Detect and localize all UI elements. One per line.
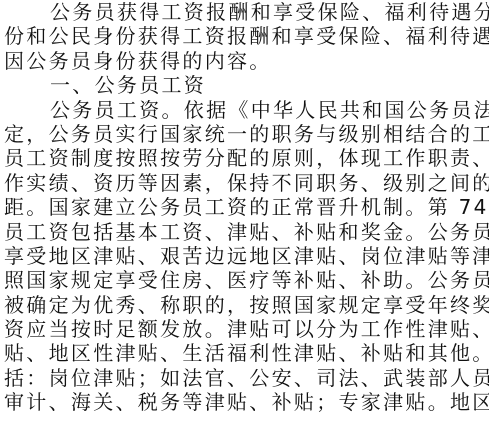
text-line: 距。国家建立公务员工资的正常晋升机制。第 74条规定，公务	[4, 195, 488, 219]
text-line: 被确定为优秀、称职的，按照国家规定享受年终奖金。公务员工	[4, 293, 488, 317]
text-line: 括：岗位津贴；如法官、公安、司法、武装部人员津贴；监察、	[4, 366, 488, 390]
text-line: 贴、地区性津贴、生活福利性津贴、补贴和其他。工作性津贴包	[4, 341, 488, 365]
text-line: 份和公民身份获得工资报酬和享受保险、福利待遇。这里只介绍	[4, 24, 488, 48]
text-line: 资应当按时足额发放。津贴可以分为工作性津贴、卫生保健性津	[4, 317, 488, 341]
text-line: 照国家规定享受住房、医疗等补贴、补助。公务员在定期考核中	[4, 268, 488, 292]
text-line: 作实绩、资历等因素，保持不同职务、级别之间的合理工资差	[4, 171, 488, 195]
section-heading: 一、公务员工资	[4, 73, 488, 97]
text-line: 公务员工资。依据《中华人民共和国公务员法》第 73条规	[4, 98, 488, 122]
text-line: 公务员获得工资报酬和享受保险、福利待遇分为因公务员身	[4, 0, 488, 24]
text-line: 享受地区津贴、艰苦边远地区津贴、岗位津贴等津贴。公务员按	[4, 244, 488, 268]
document-body: 公务员获得工资报酬和享受保险、福利待遇分为因公务员身 份和公民身份获得工资报酬和…	[4, 0, 488, 415]
text-line: 审计、海关、税务等津贴、补贴；专家津贴。地区性津贴包括：	[4, 390, 488, 414]
text-line: 因公务员身份获得的内容。	[4, 49, 488, 73]
text-line: 定，公务员实行国家统一的职务与级别相结合的工资制度。公务	[4, 122, 488, 146]
text-line: 员工资包括基本工资、津贴、补贴和奖金。公务员按照国家规定	[4, 220, 488, 244]
text-line: 员工资制度按照按劳分配的原则，体现工作职责、工作能力、工	[4, 146, 488, 170]
